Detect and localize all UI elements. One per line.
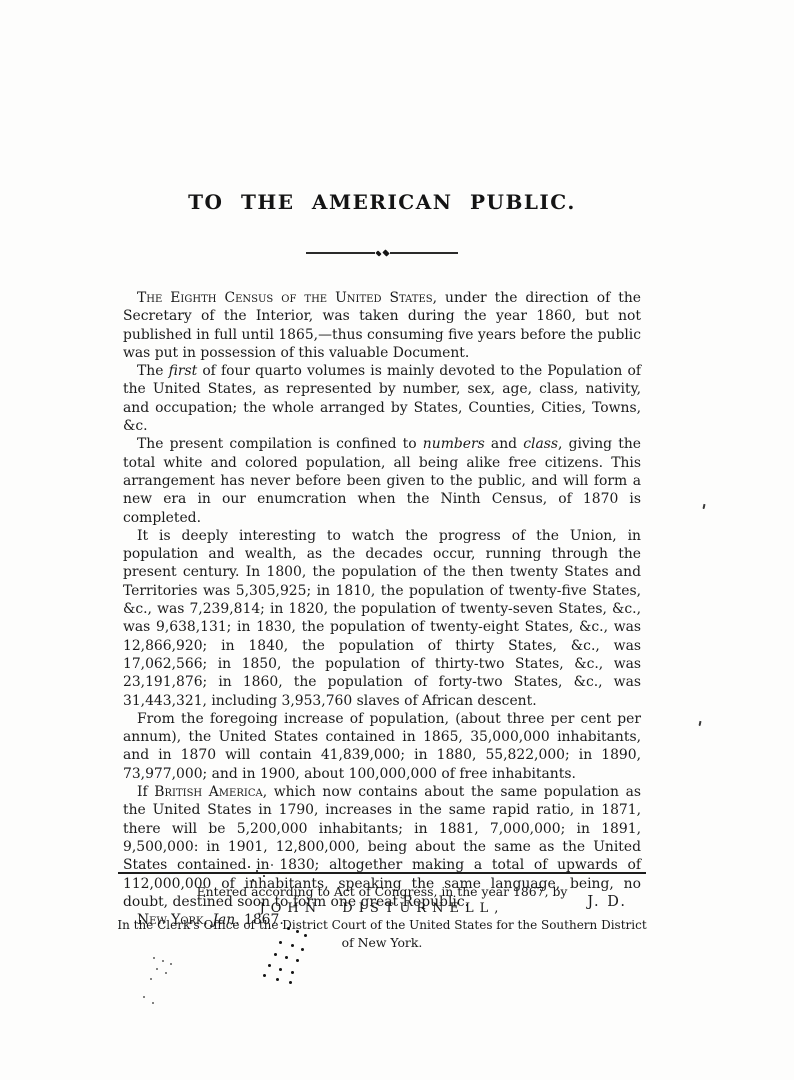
title-divider	[306, 250, 458, 256]
italic-text: class	[523, 436, 558, 452]
paragraph-population-projection: From the foregoing increase of populatio…	[123, 710, 641, 783]
diamond-ornament-icon	[382, 249, 389, 256]
italic-text: numbers	[423, 436, 485, 452]
copyright-line-4: of New York.	[97, 934, 667, 951]
paragraph-text: and	[485, 436, 523, 452]
smallcaps-text: The Eighth Census of the United States	[137, 290, 433, 306]
paragraph-text: From the foregoing increase of populatio…	[123, 711, 641, 782]
paragraph-population-history: It is deeply interesting to watch the pr…	[123, 527, 641, 710]
body-text: The Eighth Census of the United States, …	[123, 289, 641, 929]
diamond-ornament-icon	[375, 250, 381, 256]
divider-line	[390, 252, 459, 253]
paragraph-first-volume: The first of four quarto volumes is main…	[123, 362, 641, 435]
copyright-line-2: JOHN DISTURNELL,	[97, 900, 667, 917]
paragraph-text: If	[137, 784, 154, 800]
paragraph-compilation: The present compilation is confined to n…	[123, 435, 641, 526]
page-content: TO THE AMERICAN PUBLIC. The Eighth Censu…	[123, 190, 641, 929]
paragraph-census-intro: The Eighth Census of the United States, …	[123, 289, 641, 362]
divider-line	[306, 252, 375, 253]
copyright-imprint: Entered according to Act of Congress, in…	[97, 883, 667, 951]
copyright-line-3: In the Clerk's Office of the District Co…	[97, 917, 667, 934]
copyright-line-1: Entered according to Act of Congress, in…	[97, 883, 667, 900]
italic-text: first	[169, 363, 198, 379]
document-page: TO THE AMERICAN PUBLIC. The Eighth Censu…	[0, 0, 794, 1080]
horizontal-rule	[118, 872, 646, 874]
paragraph-text: The present compilation is confined to	[137, 436, 423, 452]
paragraph-text: of four quarto volumes is mainly devoted…	[123, 363, 641, 434]
paragraph-text: The	[137, 363, 169, 379]
paragraph-text: It is deeply interesting to watch the pr…	[123, 528, 641, 709]
page-title: TO THE AMERICAN PUBLIC.	[123, 190, 641, 214]
smallcaps-text: British America	[154, 784, 262, 800]
